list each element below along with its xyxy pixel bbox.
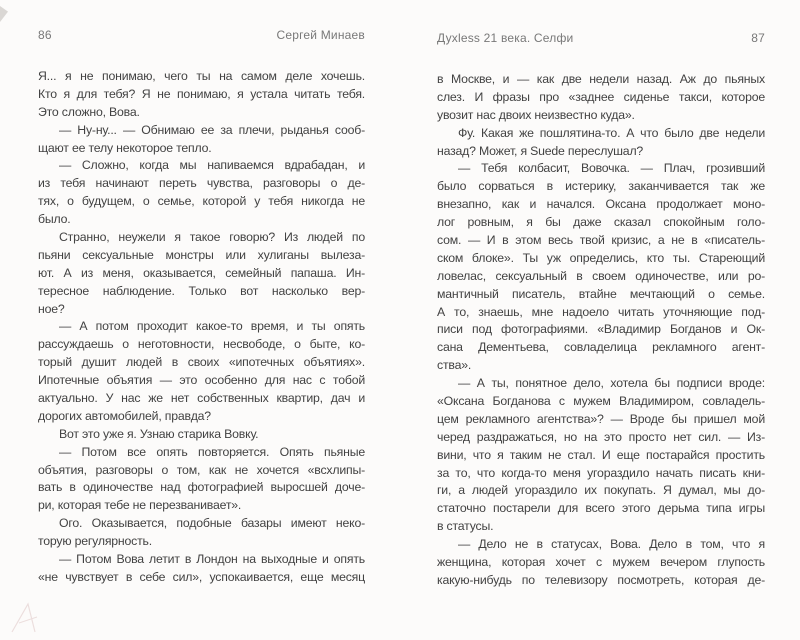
text-line: цем рекламного агентства»? — Вроде бы пр… bbox=[437, 411, 765, 429]
page-right: Духless 21 века. Селфи 87 в Москве, и — … bbox=[437, 28, 765, 590]
text-line: назад? Может, я Suede переслушал? bbox=[437, 143, 765, 161]
running-head-author: Сергей Минаев bbox=[277, 28, 366, 42]
text-line: Ого. Оказывается, подобные базары имеют … bbox=[38, 515, 365, 533]
text-line: Ипотечные объятия — это особенно для нас… bbox=[38, 372, 365, 390]
text-line: вини, что я таким не стал. И еще постара… bbox=[437, 447, 765, 465]
text-line: тересное наблюдение. Только вот наскольк… bbox=[38, 283, 365, 301]
text-line: вать в одиночестве над фотографией вырос… bbox=[38, 479, 365, 497]
text-line: торую регулярность. bbox=[38, 533, 365, 551]
book-spread: 86 Сергей Минаев Я... я не понимаю, чего… bbox=[0, 0, 800, 640]
text-line: «не чувствует в себе сил», успокаивается… bbox=[38, 569, 365, 587]
text-line: Вот это уже я. Узнаю старика Вовку. bbox=[38, 426, 365, 444]
text-line: ском блоке». Ты уж определись, кто ты. С… bbox=[437, 250, 765, 268]
text-line: увозит нас двоих неизвестно куда». bbox=[437, 107, 765, 125]
text-line: сом. — И в этом весь твой кризис, а не в… bbox=[437, 232, 765, 250]
text-line: ги, а людей угораздило их покупать. Я ду… bbox=[437, 482, 765, 500]
text-line: — Сложно, когда мы напиваемся вдрабадан,… bbox=[38, 157, 365, 175]
text-line: Кто я для тебя? Я не понимаю, я устала ч… bbox=[38, 86, 365, 104]
text-line: какую-нибудь по телевизору посмотреть, к… bbox=[437, 572, 765, 590]
text-line: женщина, которая хочет с мужем вечером г… bbox=[437, 554, 765, 572]
text-line: статочно постарели для всего этого дерьм… bbox=[437, 500, 765, 518]
page-body-left: Я... я не понимаю, чего ты на самом деле… bbox=[38, 68, 365, 587]
page-left: 86 Сергей Минаев Я... я не понимаю, чего… bbox=[38, 28, 365, 587]
text-line: «Оксана Богданова с мужем Владимиром, со… bbox=[437, 393, 765, 411]
text-line: ловелас, сексуальный в своем одиночестве… bbox=[437, 268, 765, 286]
text-line: — Потом Вова летит в Лондон на выходные … bbox=[38, 551, 365, 569]
text-line: актуально. У нас же нет собственных квар… bbox=[38, 390, 365, 408]
text-line: слез. И фразы про «заднее сиденье такси,… bbox=[437, 89, 765, 107]
text-line: Я... я не понимаю, чего ты на самом деле… bbox=[38, 68, 365, 86]
running-head-title: Духless 21 века. Селфи bbox=[437, 31, 573, 45]
text-line: А то, знаешь, мне надоело читать уточняю… bbox=[437, 304, 765, 322]
page-body-right: в Москве, и — как две недели назад. Аж д… bbox=[437, 71, 765, 590]
text-line: тях, о будущем, о семье, которой у тебя … bbox=[38, 193, 365, 211]
text-line: Это сложно, Вова. bbox=[38, 104, 365, 122]
text-line: мантичный писатель, втайне мечтающий о с… bbox=[437, 286, 765, 304]
text-line: черед раздражаться, но на это просто нет… bbox=[437, 429, 765, 447]
text-line: объятия, разговоры о том, как не хочется… bbox=[38, 462, 365, 480]
text-line: — Тебя колбасит, Вовочка. — Плач, грозив… bbox=[437, 160, 765, 178]
text-line: — А ты, понятное дело, хотела бы подписи… bbox=[437, 375, 765, 393]
text-line: писи под фотографиями. «Владимир Богдано… bbox=[437, 321, 765, 339]
text-line: из тебя начинают переть чувства, разгово… bbox=[38, 175, 365, 193]
text-line: в Москве, и — как две недели назад. Аж д… bbox=[437, 71, 765, 89]
text-line: дорогих автомобилей, правда? bbox=[38, 408, 365, 426]
page-header-right: Духless 21 века. Селфи 87 bbox=[437, 28, 765, 47]
text-line: было. bbox=[38, 211, 365, 229]
text-line: — Дело не в статусах, Вова. Дело в том, … bbox=[437, 536, 765, 554]
text-line: сана Дементьева, совладелица рекламного … bbox=[437, 339, 765, 357]
text-line: — А потом проходит какое-то время, и ты … bbox=[38, 318, 365, 336]
page-header-left: 86 Сергей Минаев bbox=[38, 28, 365, 44]
text-line: было сорваться в истерику, заканчивается… bbox=[437, 178, 765, 196]
watermark-mark bbox=[8, 596, 48, 636]
text-line: лог ровным, я бы даже сказал спокойным г… bbox=[437, 214, 765, 232]
text-line: щают ее телу некоторое тепло. bbox=[38, 140, 365, 158]
text-line: ри, которая тебе не перезванивает». bbox=[38, 497, 365, 515]
text-line: торый душит людей в своих «ипотечных объ… bbox=[38, 354, 365, 372]
page-number-left: 86 bbox=[38, 28, 52, 42]
text-line: ства». bbox=[437, 357, 765, 375]
text-line: ное? bbox=[38, 301, 365, 319]
text-line: в статусы. bbox=[437, 518, 765, 536]
text-line: пьяни сексуальные монстры или хулиганы в… bbox=[38, 247, 365, 265]
text-line: рассуждаешь о неготовности, несвободе, о… bbox=[38, 336, 365, 354]
page-number-right: 87 bbox=[751, 31, 765, 45]
text-line: внезапно, как и начался. Оксана продолжа… bbox=[437, 196, 765, 214]
text-line: ют. А из меня, оказывается, семейный пап… bbox=[38, 265, 365, 283]
text-line: за то, что когда-то меня угораздило нача… bbox=[437, 465, 765, 483]
text-line: Странно, неужели я такое говорю? Из люде… bbox=[38, 229, 365, 247]
text-line: — Потом все опять повторяется. Опять пья… bbox=[38, 444, 365, 462]
text-line: Фу. Какая же пошлятина-то. А что было дв… bbox=[437, 125, 765, 143]
text-line: — Ну-ну... — Обнимаю ее за плечи, рыдань… bbox=[38, 122, 365, 140]
